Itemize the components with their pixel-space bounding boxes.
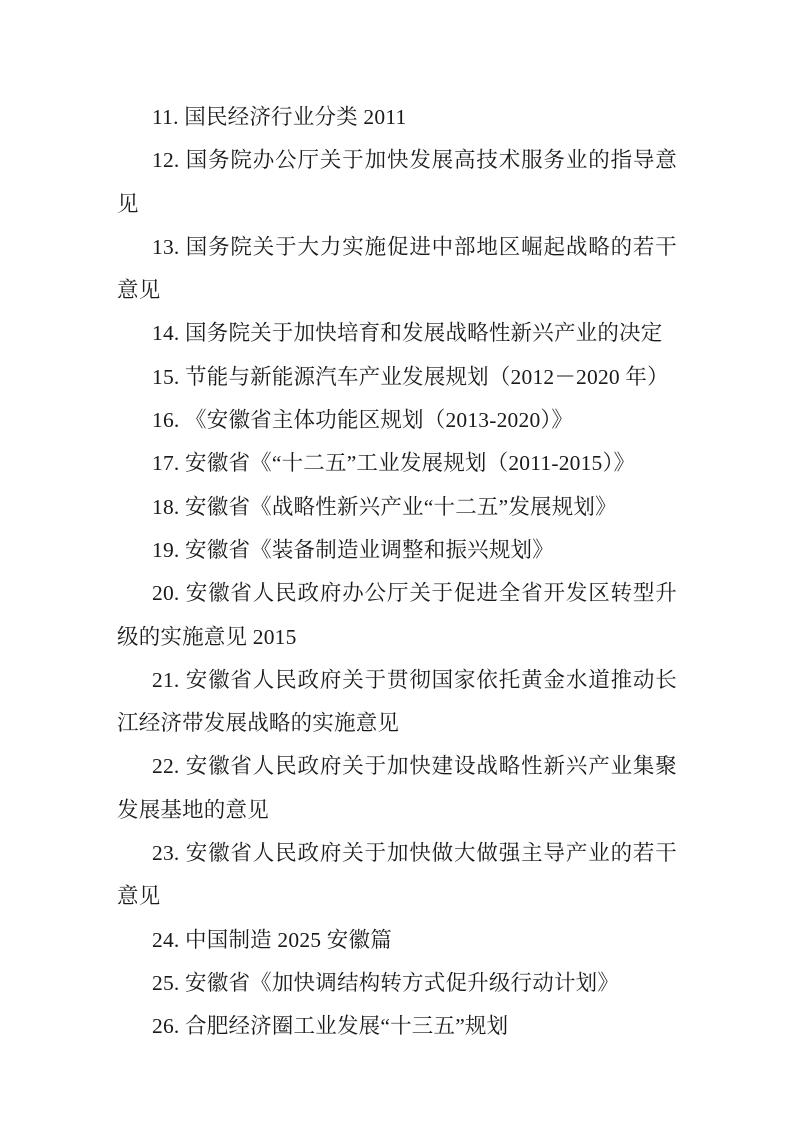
list-item-line: 14. 国务院关于加快培育和发展战略性新兴产业的决定	[117, 312, 677, 355]
list-item-line: 21. 安徽省人民政府关于贯彻国家依托黄金水道推动长	[117, 659, 677, 702]
list-item-line: 18. 安徽省《战略性新兴产业“十二五”发展规划》	[117, 486, 677, 529]
document-body: 11. 国民经济行业分类 201112. 国务院办公厅关于加快发展高技术服务业的…	[117, 96, 677, 1049]
list-item-23: 23. 安徽省人民政府关于加快做大做强主导产业的若干意见	[117, 832, 677, 919]
list-item-line: 17. 安徽省《“十二五”工业发展规划（2011-2015）》	[117, 442, 677, 485]
list-item-14: 14. 国务院关于加快培育和发展战略性新兴产业的决定	[117, 312, 677, 355]
list-item-line: 25. 安徽省《加快调结构转方式促升级行动计划》	[117, 962, 677, 1005]
list-item-line: 26. 合肥经济圈工业发展“十三五”规划	[117, 1005, 677, 1048]
list-item-line: 级的实施意见 2015	[117, 616, 677, 659]
list-item-26: 26. 合肥经济圈工业发展“十三五”规划	[117, 1005, 677, 1048]
list-item-line: 11. 国民经济行业分类 2011	[117, 96, 677, 139]
list-item-18: 18. 安徽省《战略性新兴产业“十二五”发展规划》	[117, 486, 677, 529]
list-item-17: 17. 安徽省《“十二五”工业发展规划（2011-2015）》	[117, 442, 677, 485]
list-item-15: 15. 节能与新能源汽车产业发展规划（2012－2020 年）	[117, 356, 677, 399]
list-item-line: 意见	[117, 875, 677, 918]
list-item-11: 11. 国民经济行业分类 2011	[117, 96, 677, 139]
list-item-line: 见	[117, 183, 677, 226]
list-item-line: 24. 中国制造 2025 安徽篇	[117, 919, 677, 962]
list-item-line: 15. 节能与新能源汽车产业发展规划（2012－2020 年）	[117, 356, 677, 399]
list-item-line: 13. 国务院关于大力实施促进中部地区崛起战略的若干	[117, 226, 677, 269]
list-item-21: 21. 安徽省人民政府关于贯彻国家依托黄金水道推动长江经济带发展战略的实施意见	[117, 659, 677, 746]
list-item-24: 24. 中国制造 2025 安徽篇	[117, 919, 677, 962]
list-item-line: 16. 《安徽省主体功能区规划（2013-2020）》	[117, 399, 677, 442]
list-item-line: 20. 安徽省人民政府办公厅关于促进全省开发区转型升	[117, 572, 677, 615]
list-item-line: 江经济带发展战略的实施意见	[117, 702, 677, 745]
list-item-line: 23. 安徽省人民政府关于加快做大做强主导产业的若干	[117, 832, 677, 875]
list-item-line: 19. 安徽省《装备制造业调整和振兴规划》	[117, 529, 677, 572]
list-item-13: 13. 国务院关于大力实施促进中部地区崛起战略的若干意见	[117, 226, 677, 313]
list-item-25: 25. 安徽省《加快调结构转方式促升级行动计划》	[117, 962, 677, 1005]
list-item-22: 22. 安徽省人民政府关于加快建设战略性新兴产业集聚发展基地的意见	[117, 745, 677, 832]
list-item-19: 19. 安徽省《装备制造业调整和振兴规划》	[117, 529, 677, 572]
list-item-16: 16. 《安徽省主体功能区规划（2013-2020）》	[117, 399, 677, 442]
list-item-line: 22. 安徽省人民政府关于加快建设战略性新兴产业集聚	[117, 745, 677, 788]
list-item-line: 12. 国务院办公厅关于加快发展高技术服务业的指导意	[117, 139, 677, 182]
list-item-line: 意见	[117, 269, 677, 312]
document-page: 11. 国民经济行业分类 201112. 国务院办公厅关于加快发展高技术服务业的…	[0, 0, 793, 1122]
list-item-12: 12. 国务院办公厅关于加快发展高技术服务业的指导意见	[117, 139, 677, 226]
list-item-20: 20. 安徽省人民政府办公厅关于促进全省开发区转型升级的实施意见 2015	[117, 572, 677, 659]
list-item-line: 发展基地的意见	[117, 789, 677, 832]
